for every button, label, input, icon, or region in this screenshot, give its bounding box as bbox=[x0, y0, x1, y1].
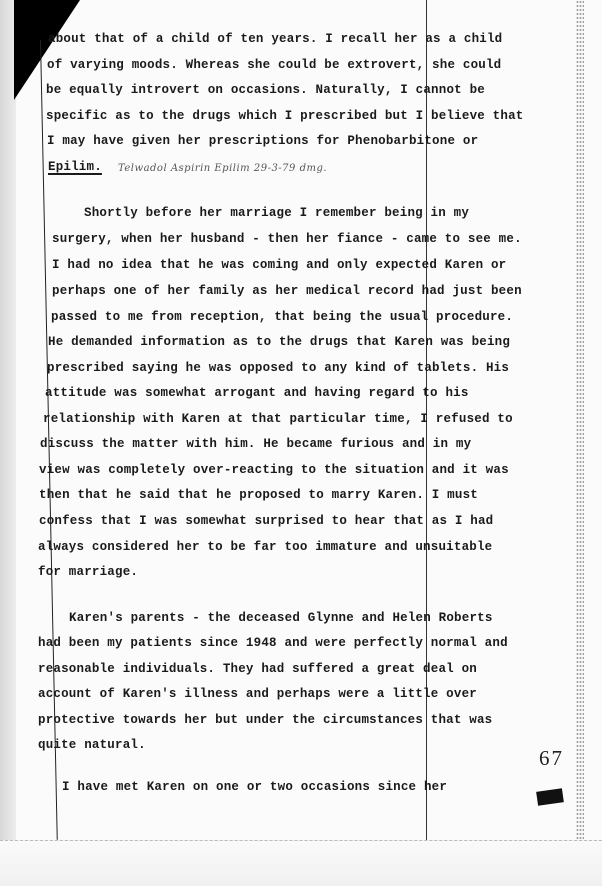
text-line: prescribed saying he was opposed to any … bbox=[47, 361, 509, 375]
text-line: attitude was somewhat arrogant and havin… bbox=[45, 386, 469, 400]
text-line: Shortly before her marriage I remember b… bbox=[84, 206, 469, 220]
text-line: about that of a child of ten years. I re… bbox=[48, 32, 502, 46]
text-line: perhaps one of her family as her medical… bbox=[52, 284, 522, 298]
text-line: relationship with Karen at that particul… bbox=[43, 412, 513, 426]
text-line: He demanded information as to the drugs … bbox=[48, 335, 510, 349]
handwritten-note: Telwadol Aspirin Epilim 29-3-79 dmg. bbox=[118, 163, 327, 174]
text-line: for marriage. bbox=[38, 565, 138, 579]
text-line: Karen's parents - the deceased Glynne an… bbox=[69, 611, 493, 625]
text-line: quite natural. bbox=[38, 738, 146, 752]
text-line: be equally introvert on occasions. Natur… bbox=[46, 83, 485, 97]
text-line: specific as to the drugs which I prescri… bbox=[46, 109, 523, 123]
text-line: confess that I was somewhat surprised to… bbox=[39, 514, 493, 528]
page-number: 67 bbox=[539, 746, 564, 771]
text-line: surgery, when her husband - then her fia… bbox=[52, 232, 522, 246]
text-line: of varying moods. Whereas she could be e… bbox=[47, 58, 501, 72]
text-line: view was completely over-reacting to the… bbox=[39, 463, 509, 477]
text-line: I had no idea that he was coming and onl… bbox=[52, 258, 506, 272]
text-line: discuss the matter with him. He became f… bbox=[40, 437, 471, 451]
text-line: I may have given her prescriptions for P… bbox=[47, 134, 478, 148]
text-line: account of Karen's illness and perhaps w… bbox=[38, 687, 477, 701]
text-line: then that he said that he proposed to ma… bbox=[39, 488, 478, 502]
text-line: protective towards her but under the cir… bbox=[38, 713, 492, 727]
text-line: reasonable individuals. They had suffere… bbox=[38, 662, 477, 676]
text-line: always considered her to be far too imma… bbox=[38, 540, 492, 554]
right-edge-perforation bbox=[576, 0, 584, 850]
text-line: had been my patients since 1948 and were… bbox=[38, 636, 508, 650]
scan-left-edge bbox=[0, 0, 16, 886]
text-line: Epilim. bbox=[48, 160, 102, 174]
scan-bottom-edge bbox=[0, 840, 602, 886]
text-line: passed to me from reception, that being … bbox=[51, 310, 513, 324]
text-line: I have met Karen on one or two occasions… bbox=[62, 780, 447, 794]
